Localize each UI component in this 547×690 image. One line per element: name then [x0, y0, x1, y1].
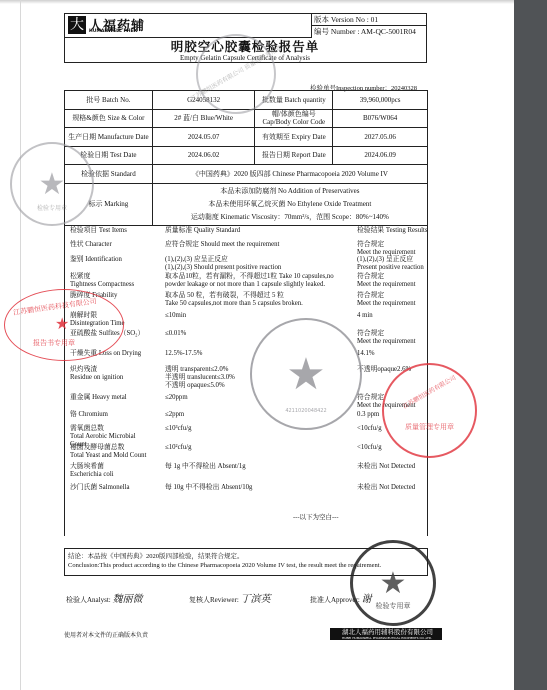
footer-company-en: HUBEI HUMANWELL PHARMACEUTICAL EXCIPIENT…: [342, 636, 442, 640]
test-item: 铬 Chromium: [70, 411, 162, 419]
approver-sig: 谢: [362, 594, 372, 605]
version-no: 版本 Version No : 01: [311, 14, 426, 26]
testing-result: 14.1%: [357, 350, 429, 358]
testing-result: 符合规定 Meet the requirement: [357, 394, 429, 410]
table-row: 检验日期 Test Date 2024.06.02 报告日期 Report Da…: [65, 146, 428, 165]
footer-company-logo: 湖北人福药用辅料股份有限公司 HUBEI HUMANWELL PHARMACEU…: [330, 628, 442, 640]
document-header: 大 人福药辅 HUMANWELL PHEX 版本 Version No : 01…: [64, 13, 427, 63]
analyst-label: 检验人Analyst:: [66, 596, 111, 604]
marking-label: 标示 Marking: [65, 183, 153, 225]
footer-company: 湖北人福药用辅料股份有限公司: [342, 628, 433, 636]
quality-standard: 每 1g 中不得检出 Absent/1g: [165, 463, 355, 471]
testing-result: 不透明opaque2.6%: [357, 366, 429, 374]
document-title: 明胶空心胶囊检验报告单 Empty Gelatin Capsule Certif…: [65, 40, 425, 63]
testing-result: 符合规定 Meet the requirement: [357, 292, 429, 308]
conclusion-cn: 结论：本品按《中国药典》2020版四部检验，结果符合规定。: [68, 552, 424, 561]
table-row: 生产日期 Manufacture Date 2024.05.07 有效期至 Ex…: [65, 128, 428, 147]
end-mark: ---以下为空白---: [293, 514, 339, 522]
test-item: 鉴别 Identification: [70, 256, 162, 264]
quality-standard: ≤0.01%: [165, 330, 355, 338]
test-item: 沙门氏菌 Salmonella: [70, 484, 162, 492]
expiry-date-label: 有效期至 Expiry Date: [255, 128, 333, 147]
standard-label: 检验依据 Standard: [65, 165, 153, 184]
test-items-header: 检验项目 Test Items: [70, 227, 162, 235]
test-item: 崩解时限 Disintegration Time: [70, 312, 162, 328]
test-item: 重金属 Heavy metal: [70, 394, 162, 402]
testing-result: <10cfu/g: [357, 425, 429, 433]
document-viewer: 大 人福药辅 HUMANWELL PHEX 版本 Version No : 01…: [0, 0, 547, 690]
quality-standard: 透明 transparent≤2.0% 半透明 translucent≤3.0%…: [165, 366, 355, 390]
report-date-label: 报告日期 Report Date: [255, 146, 333, 165]
stamp-text: 检验专用章: [376, 601, 411, 611]
table-row: 规格&颜色 Size & Color 2# 蓝/白 Blue/White 帽/体…: [65, 109, 428, 128]
quality-standard: 每 10g 中不得检出 Absent/10g: [165, 484, 355, 492]
star-icon: ★: [39, 167, 66, 202]
test-results-section: 检验项目 Test Items 质量标准 Quality Standard 检验…: [64, 226, 428, 536]
test-item: 性状 Character: [70, 241, 162, 249]
quality-standard: 12.5%-17.5%: [165, 350, 355, 358]
approver-signature: 批准人Approver: 谢: [310, 590, 372, 605]
reviewer-signature: 复核人Reviewer: 丁滨英: [189, 590, 271, 605]
page-edge: [20, 0, 21, 690]
expiry-date-value: 2027.05.06: [333, 128, 428, 147]
manufacture-date-value: 2024.05.07: [152, 128, 255, 147]
table-row: 检验依据 Standard 《中国药典》2020 版四部 Chinese Pha…: [65, 165, 428, 184]
test-date-label: 检验日期 Test Date: [65, 146, 153, 165]
humanwell-logo-icon: 大: [68, 16, 86, 34]
manufacture-date-label: 生产日期 Manufacture Date: [65, 128, 153, 147]
testing-result: 未检出 Not Detected: [357, 463, 429, 471]
quality-standard: ≤20ppm: [165, 394, 355, 402]
quality-standard: 取本品10粒，若有漏粉，不得超过1粒 Take 10 capsules,no p…: [165, 273, 355, 289]
document-number: 编号 Number : AM-QC-5001R04: [311, 26, 426, 38]
footer-note: 使用者对本文件的正确版本负责: [64, 630, 148, 639]
marking-line: 本品未使用环氧乙烷灭菌 No Ethylene Oxide Treatment: [155, 198, 425, 211]
marking-value: 本品未添加防腐剂 No Addition of Preservatives 本品…: [152, 183, 427, 225]
approver-label: 批准人Approver:: [310, 596, 360, 604]
conclusion-en: Conclusion:This product according to the…: [68, 561, 424, 570]
test-item: 脆碎度 Friability: [70, 292, 162, 300]
table-row: 标示 Marking 本品未添加防腐剂 No Addition of Prese…: [65, 183, 428, 225]
size-color-value: 2# 蓝/白 Blue/White: [152, 109, 255, 128]
testing-result: 符合规定 Meet the requirement: [357, 241, 429, 257]
quality-standard: 取本品 50 粒，若有破裂，不得超过 5 粒 Take 50 capsules,…: [165, 292, 355, 308]
quality-standard: ≤10min: [165, 312, 355, 320]
title-cn: 明胶空心胶囊检验报告单: [65, 40, 425, 54]
marking-line: 运动黏度 Kinematic Viscosity：70mm²/s，范围 Scop…: [155, 211, 425, 224]
color-code-value: B076/W064: [333, 109, 428, 128]
testing-results-header: 检验结果 Testing Results: [357, 227, 429, 235]
test-item: 炽灼残渣 Residue on ignition: [70, 366, 162, 382]
testing-result: 符合规定 Meet the requirement: [357, 330, 429, 346]
quality-standard: (1),(2),(3) 应呈正反应 (1),(2),(3) Should pre…: [165, 256, 355, 272]
quality-standard: ≤10³cfu/g: [165, 425, 355, 433]
color-code-label: 帽/体颜色编号 Cap/Body Color Code: [255, 109, 333, 128]
table-row: 批号 Batch No. G24058132 批数量 Batch quantit…: [65, 91, 428, 110]
quality-standard: ≤2ppm: [165, 411, 355, 419]
reviewer-label: 复核人Reviewer:: [189, 596, 239, 604]
company-logo: 大 人福药辅 HUMANWELL PHEX: [65, 14, 311, 38]
batch-quantity-label: 批数量 Batch quantity: [255, 91, 333, 110]
toolbar-shadow: [0, 0, 514, 4]
testing-result: (1),(2),(3) 呈正反应 Present positive reacti…: [357, 256, 429, 272]
testing-result: 未检出 Not Detected: [357, 484, 429, 492]
testing-result: 符合规定 Meet the requirement: [357, 273, 429, 289]
conclusion-box: 结论：本品按《中国药典》2020版四部检验，结果符合规定。 Conclusion…: [64, 548, 428, 576]
reviewer-sig: 丁滨英: [241, 594, 271, 605]
analyst-sig: 魏丽微: [112, 594, 142, 605]
testing-result: <10cfu/g: [357, 444, 429, 452]
testing-result: 0.3 ppm: [357, 411, 429, 419]
batch-no-value: G24058132: [152, 91, 255, 110]
stamp-text: 检验专用章: [37, 203, 67, 212]
test-item: 亚硫酸盐 Sulfites（SO₂）: [70, 330, 162, 338]
standard-value: 《中国药典》2020 版四部 Chinese Pharmacopoeia 202…: [152, 165, 427, 184]
quality-standard: 应符合规定 Should meet the requirement: [165, 241, 355, 249]
test-item: 大肠埃希菌 Escherichia coli: [70, 463, 162, 479]
title-en: Empty Gelatin Capsule Certificate of Ana…: [65, 54, 425, 63]
quality-standard: ≤10²cfu/g: [165, 444, 355, 452]
analyst-signature: 检验人Analyst: 魏丽微: [66, 590, 142, 605]
batch-info-table: 批号 Batch No. G24058132 批数量 Batch quantit…: [64, 90, 428, 226]
test-item: 干燥失重 Loss on Drying: [70, 350, 162, 358]
quality-standard-header: 质量标准 Quality Standard: [165, 227, 355, 235]
batch-quantity-value: 39,960,000pcs: [333, 91, 428, 110]
viewer-side-panel[interactable]: [514, 0, 547, 690]
batch-no-label: 批号 Batch No.: [65, 91, 153, 110]
test-date-value: 2024.06.02: [152, 146, 255, 165]
test-item: 松紧度 Tightness Compactness: [70, 273, 162, 289]
report-date-value: 2024.06.09: [333, 146, 428, 165]
testing-result: 4 min: [357, 312, 429, 320]
logo-en: HUMANWELL PHEX: [89, 29, 137, 34]
size-color-label: 规格&颜色 Size & Color: [65, 109, 153, 128]
test-item: 霉菌及酵母菌总数 Total Yeast and Mold Count: [70, 444, 162, 460]
marking-line: 本品未添加防腐剂 No Addition of Preservatives: [155, 185, 425, 198]
